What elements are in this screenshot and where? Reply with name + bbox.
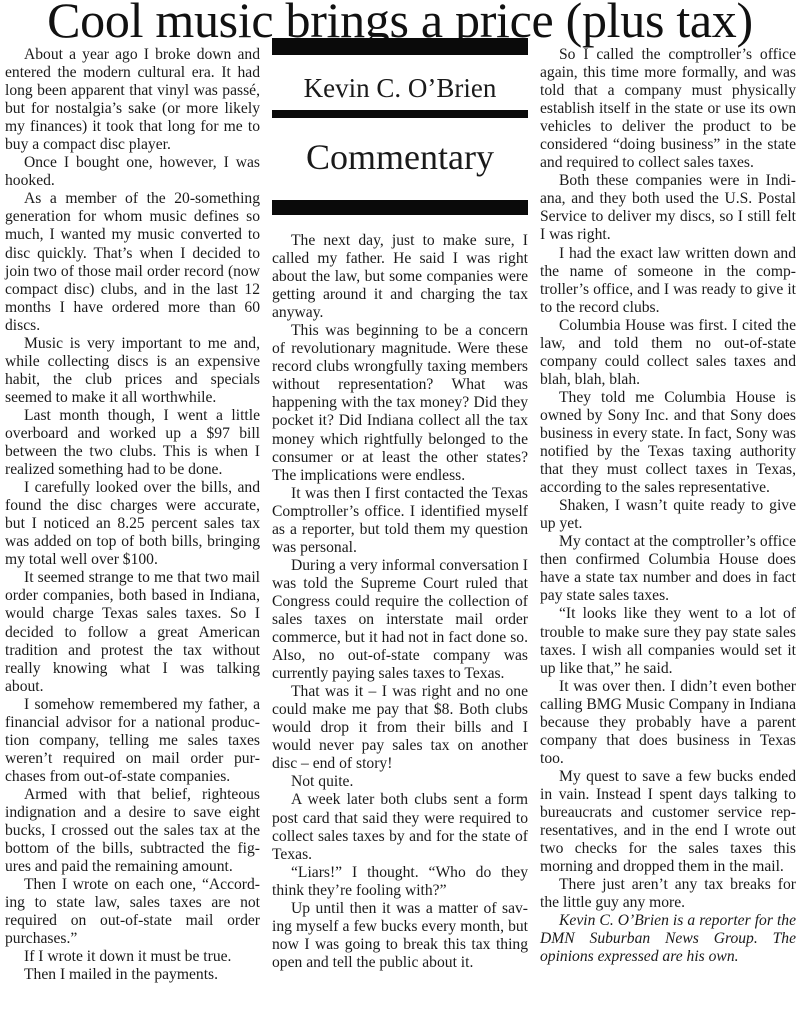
paragraph: Music is very important to me and, while…: [5, 335, 260, 407]
paragraph: During a very informal conversation I wa…: [272, 557, 528, 683]
paragraph: My contact at the comptroller’s of­fice …: [540, 533, 796, 605]
bottom-rule: [272, 200, 528, 215]
paragraph: A week later both clubs sent a form post…: [272, 791, 528, 863]
paragraph: It was then I first contacted the Texas …: [272, 485, 528, 557]
paragraph: Once I bought one, however, I was hooked…: [5, 154, 260, 190]
paragraph: Then I wrote on each one, “Accord­ing to…: [5, 876, 260, 948]
paragraph: They told me Columbia House is owned by …: [540, 389, 796, 497]
paragraph: It seemed strange to me that two mail or…: [5, 569, 260, 695]
paragraph: I had the exact law written down and the…: [540, 245, 796, 317]
paragraph: That was it – I was right and no one cou…: [272, 683, 528, 773]
column-1: About a year ago I broke down and entere…: [5, 46, 260, 984]
author-tagline: Kevin C. O’Brien is a reporter for the D…: [540, 912, 796, 966]
byline: Kevin C. O’Brien: [272, 73, 528, 103]
paragraph: The next day, just to make sure, I calle…: [272, 232, 528, 322]
paragraph: Armed with that belief, righteous indign…: [5, 786, 260, 876]
paragraph: It was over then. I didn’t even bother c…: [540, 678, 796, 768]
middle-rule: [272, 110, 528, 118]
paragraph: As a member of the 20-something generati…: [5, 190, 260, 334]
paragraph: Last month though, I went a little overb…: [5, 407, 260, 479]
paragraph: This was beginning to be a concern of re…: [272, 322, 528, 484]
paragraph: Not quite.: [272, 773, 528, 791]
section-label: Commentary: [272, 137, 528, 177]
paragraph: Shaken, I wasn’t quite ready to give up …: [540, 497, 796, 533]
paragraph: My quest to save a few bucks ended in va…: [540, 768, 796, 876]
top-rule: [272, 38, 528, 55]
paragraph: About a year ago I broke down and entere…: [5, 46, 260, 154]
paragraph: If I wrote it down it must be true.: [5, 948, 260, 966]
paragraph: So I called the comptroller’s office aga…: [540, 46, 796, 172]
paragraph: Then I mailed in the payments.: [5, 966, 260, 984]
paragraph: Up until then it was a matter of sav­ing…: [272, 900, 528, 972]
column-3: So I called the comptroller’s office aga…: [540, 46, 796, 966]
paragraph: I somehow remembered my father, a financ…: [5, 696, 260, 786]
paragraph: Both these companies were in Indi­ana, a…: [540, 172, 796, 244]
paragraph: “Liars!” I thought. “Who do they think t…: [272, 864, 528, 900]
paragraph: “It looks like they went to a lot of tro…: [540, 605, 796, 677]
paragraph: There just aren’t any tax breaks for the…: [540, 876, 796, 912]
paragraph: I carefully looked over the bills, and f…: [5, 479, 260, 569]
paragraph: Columbia House was first. I cited the la…: [540, 317, 796, 389]
column-2: The next day, just to make sure, I calle…: [272, 232, 528, 972]
